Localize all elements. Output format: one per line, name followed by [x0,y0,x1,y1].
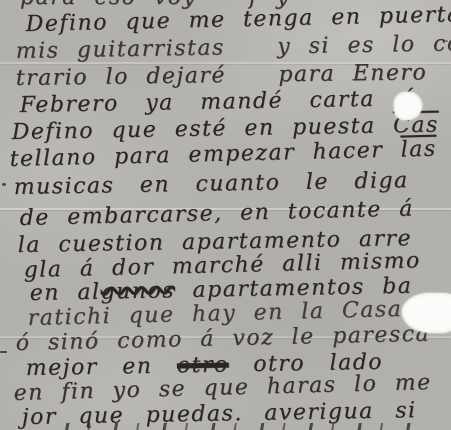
handwriting-text: las [400,137,437,163]
cropped-line-fragment [42,423,412,430]
ink-speck [2,183,6,186]
struck-word: gunos [100,278,175,304]
handwriting-line: musicas en cuanto le diga [14,168,409,201]
handwriting-text: en al [30,280,101,306]
letter-page: para eso voy f yDefino que me tenga en p… [0,0,451,430]
handwriting-text: musicas en cuanto le diga [14,168,409,200]
struck-word: otro [177,352,229,378]
handwriting-text: de embarcarse, en tocante á [19,196,414,231]
ink-speck [0,351,7,353]
ink-speck [445,40,448,42]
